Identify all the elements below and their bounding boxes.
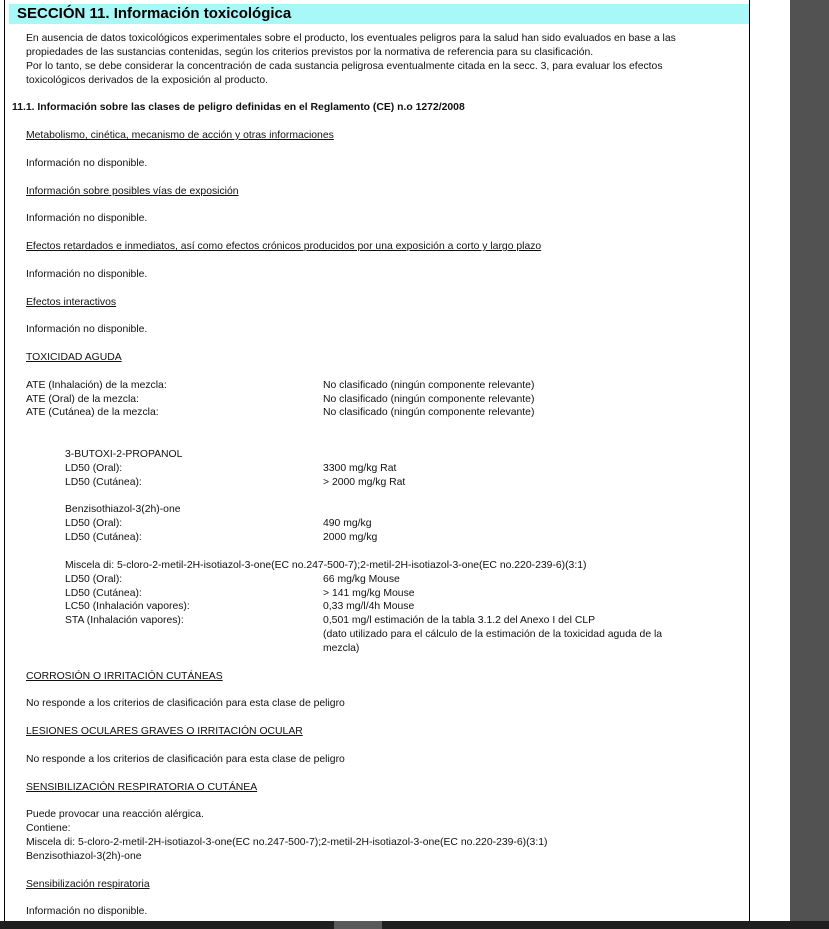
respiratory-text: Información no disponible. [26,905,147,919]
block-heading-effects: Efectos retardados e inmediatos, así com… [26,240,541,254]
substance-name: Benzisothiazol-3(2h)-one [65,503,181,517]
sensitization-heading: SENSIBILIZACIÓN RESPIRATORIA O CUTÁNEA [26,781,257,795]
ate-value: No clasificado (ningún componente releva… [323,379,534,393]
tox-value: 3300 mg/kg Rat [323,462,396,476]
eye-damage-heading: LESIONES OCULARES GRAVES O IRRITACIÓN OC… [26,725,303,739]
tox-value: 66 mg/kg Mouse [323,573,400,587]
sensitization-line: Puede provocar una reacción alérgica. [26,808,204,822]
block-text: Información no disponible. [26,212,147,226]
block-text: Información no disponible. [26,268,147,282]
scrollbar-thumb[interactable] [334,921,382,929]
horizontal-scrollbar[interactable] [0,921,829,929]
tox-value: 0,33 mg/l/4h Mouse [323,600,414,614]
tox-label: LD50 (Cutánea): [65,587,142,601]
block-heading-interactive: Efectos interactivos [26,296,116,310]
document-page: SECCIÓN 11. Información toxicológica En … [4,0,750,922]
corrosion-heading: CORROSIÓN O IRRITACIÓN CUTÁNEAS [26,670,223,684]
sensitization-line: Miscela di: 5-cloro-2-metil-2H-isotiazol… [26,836,547,850]
section-title: SECCIÓN 11. Información toxicológica [17,5,291,22]
tox-label: LD50 (Oral): [65,462,122,476]
intro-line: toxicológicos derivados de la exposición… [26,74,268,88]
tox-value: > 2000 mg/kg Rat [323,476,405,490]
block-heading-metabolism: Metabolismo, cinética, mecanismo de acci… [26,129,334,143]
tox-value: 2000 mg/kg [323,531,377,545]
acute-toxicity-heading: TOXICIDAD AGUDA [26,351,122,365]
intro-line: propiedades de las sustancias contenidas… [26,46,593,60]
substance-name: 3-BUTOXI-2-PROPANOL [65,448,182,462]
tox-label: LD50 (Cutánea): [65,476,142,490]
sensitization-line: Contiene: [26,822,70,836]
intro-line: Por lo tanto, se debe considerar la conc… [26,60,663,74]
block-text: Información no disponible. [26,157,147,171]
substance-name: Miscela di: 5-cloro-2-metil-2H-isotiazol… [65,559,586,573]
respiratory-heading: Sensibilización respiratoria [26,878,150,892]
tox-value: 490 mg/kg [323,517,372,531]
tox-label: STA (Inhalación vapores): [65,614,184,628]
eye-damage-text: No responde a los criterios de clasifica… [26,753,345,767]
tox-value: > 141 mg/kg Mouse [323,587,415,601]
subsection-title: 11.1. Información sobre las clases de pe… [12,101,465,115]
tox-label: LD50 (Oral): [65,517,122,531]
ate-value: No clasificado (ningún componente releva… [323,406,534,420]
block-heading-exposure-routes: Información sobre posibles vías de expos… [26,185,239,199]
intro-line: En ausencia de datos toxicológicos exper… [26,32,676,46]
tox-note: (dato utilizado para el cálculo de la es… [323,628,662,642]
tox-label: LC50 (Inhalación vapores): [65,600,190,614]
ate-label: ATE (Oral) de la mezcla: [26,393,139,407]
tox-value: 0,501 mg/l estimación de la tabla 3.1.2 … [323,614,595,628]
viewer-gutter [790,0,829,921]
section-header: SECCIÓN 11. Información toxicológica [9,4,749,24]
tox-note: mezcla) [323,642,359,656]
ate-label: ATE (Cutánea) de la mezcla: [26,406,159,420]
sensitization-line: Benzisothiazol-3(2h)-one [26,850,142,864]
corrosion-text: No responde a los criterios de clasifica… [26,697,345,711]
ate-label: ATE (Inhalación) de la mezcla: [26,379,167,393]
tox-label: LD50 (Cutánea): [65,531,142,545]
ate-value: No clasificado (ningún componente releva… [323,393,534,407]
tox-label: LD50 (Oral): [65,573,122,587]
block-text: Información no disponible. [26,323,147,337]
